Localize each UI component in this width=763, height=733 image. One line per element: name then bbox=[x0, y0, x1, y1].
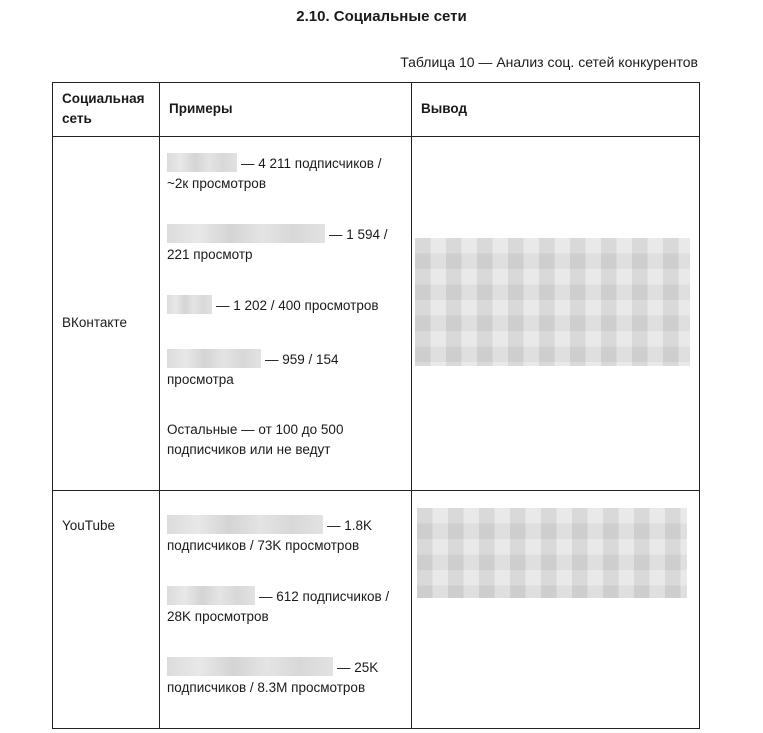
examples-cell: — 1.8K подписчиков / 73K просмотров — 61… bbox=[160, 491, 412, 729]
table-header-row: Социальная сеть Примеры Вывод bbox=[53, 83, 700, 137]
redacted-name bbox=[167, 295, 212, 314]
header-examples: Примеры bbox=[160, 83, 412, 137]
redacted-name bbox=[167, 586, 255, 605]
list-item: — 612 подписчиков / 28K просмотров bbox=[167, 586, 405, 627]
network-cell: YouTube bbox=[53, 491, 160, 729]
network-cell: ВКонтакте bbox=[53, 137, 160, 491]
list-item: — 25K подписчиков / 8.3M просмотров bbox=[167, 657, 405, 698]
list-item: — 1.8K подписчиков / 73K просмотров bbox=[167, 515, 405, 556]
redacted-conclusion-youtube bbox=[417, 508, 687, 598]
header-network: Социальная сеть bbox=[53, 83, 160, 137]
list-item: — 959 / 154 просмотра bbox=[167, 349, 405, 390]
redacted-name bbox=[167, 515, 323, 534]
list-item: Остальные — от 100 до 500 подписчиков ил… bbox=[167, 420, 405, 460]
redacted-conclusion-vk bbox=[415, 238, 690, 366]
competitor-social-table: Социальная сеть Примеры Вывод ВКонтакте … bbox=[52, 82, 700, 729]
section-heading: 2.10. Социальные сети bbox=[0, 8, 763, 25]
header-conclusion: Вывод bbox=[412, 83, 700, 137]
examples-cell: — 4 211 подписчиков / ~2к просмотров — 1… bbox=[160, 137, 412, 491]
list-item: — 1 202 / 400 просмотров bbox=[167, 295, 405, 316]
table-caption: Таблица 10 — Анализ соц. сетей конкурент… bbox=[400, 54, 698, 70]
redacted-name bbox=[167, 153, 237, 172]
redacted-name bbox=[167, 349, 261, 368]
redacted-name bbox=[167, 657, 333, 676]
list-item: — 4 211 подписчиков / ~2к просмотров bbox=[167, 153, 405, 194]
redacted-name bbox=[167, 224, 325, 243]
list-item: — 1 594 / 221 просмотр bbox=[167, 224, 405, 265]
